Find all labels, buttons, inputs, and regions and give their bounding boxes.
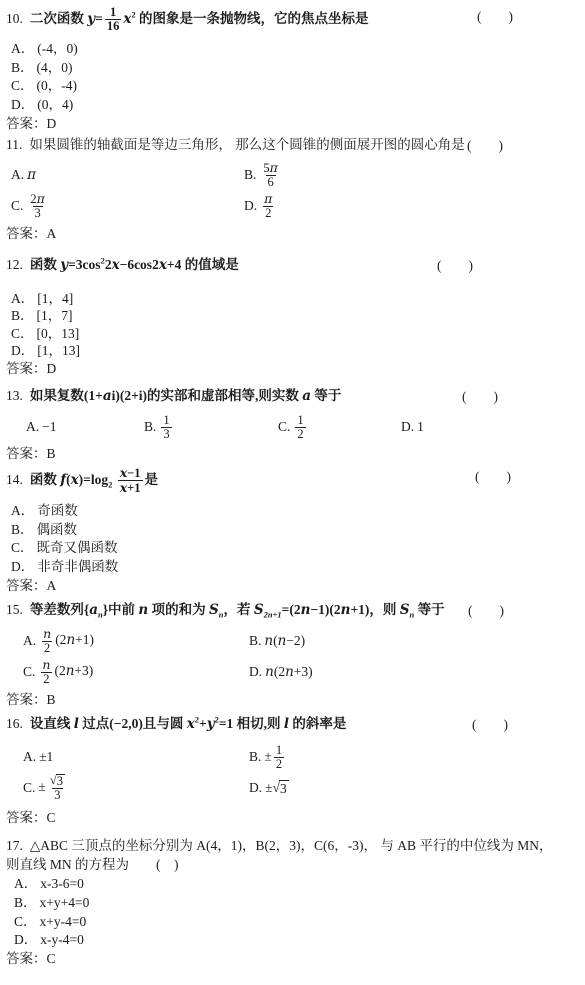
option-content: [0，13] (37, 326, 80, 341)
option-content: x+y-4=0 (40, 914, 87, 929)
question-stem-line2: 则直线 MN 的方程为 ( ) (6, 855, 579, 874)
question-header: 14.函数 f(x)=log2 x−1x+1是 ( ) (6, 466, 579, 495)
option-c: C．(0，-4) (6, 77, 579, 96)
option-content: 既奇又偶函数 (37, 540, 118, 555)
option-label: C． (11, 540, 34, 555)
option-label: B． (11, 60, 34, 75)
option-content: ±√33 (38, 774, 69, 802)
answer-bracket: ( ) (467, 136, 503, 155)
options-list: A．(-4，0) B．(4，0) C．(0，-4) D．(0，4) (6, 40, 579, 114)
option-c: C．既奇又偶函数 (6, 539, 579, 558)
option-label: C． (11, 78, 34, 93)
option-content: 1 (417, 419, 424, 435)
options-grid: A.±1 B.±12 C.±√33 D.±√3 (6, 742, 579, 804)
option-label: A. (26, 419, 39, 435)
document-page: 10.二次函数 y=116x2 的图象是一条抛物线，它的焦点坐标是 ( ) A．… (0, 0, 585, 985)
question-block-15: 15.等差数列{an}中前 n 项的和为 Sn，若 S2n+1=(2n−1)(2… (6, 600, 579, 710)
option-content: 奇函数 (37, 503, 78, 518)
question-header: 15.等差数列{an}中前 n 项的和为 Sn，若 S2n+1=(2n−1)(2… (6, 600, 579, 620)
option-b: B．[1，7] (6, 307, 579, 325)
question-number: 13. (6, 388, 23, 403)
option-d: D．x-y-4=0 (6, 931, 579, 950)
option-content: [1，13] (37, 343, 80, 358)
question-stem: 函数 f(x)=log2 x−1x+1是 (30, 472, 158, 487)
option-content: x-3-6=0 (40, 876, 84, 891)
option-content: n2(2n+1) (39, 627, 94, 655)
option-label: B． (11, 522, 34, 537)
option-content: (0，-4) (37, 78, 78, 93)
option-content: (4，0) (37, 60, 73, 75)
option-label: A. (23, 633, 36, 649)
option-d: D.π2 (244, 190, 579, 221)
option-label: B. (249, 633, 261, 649)
option-label: C. (23, 664, 35, 680)
option-b: B．偶函数 (6, 521, 579, 540)
options-list: A．x-3-6=0 B．x+y+4=0 C．x+y-4=0 D．x-y-4=0 (6, 875, 579, 949)
option-d: D．(0，4) (6, 96, 579, 115)
answer-line: 答案：A (6, 225, 579, 244)
option-a: A.π (11, 159, 244, 190)
option-b: B.±12 (249, 742, 579, 773)
option-d: D.1 (401, 412, 579, 442)
answer-line: 答案：B (6, 691, 579, 710)
answer-line: 答案：C (6, 950, 579, 969)
question-number: 12. (6, 257, 23, 272)
option-label: C. (23, 780, 35, 796)
answer-bracket: ( ) (475, 467, 511, 486)
option-label: A. (11, 167, 24, 183)
option-a: A.−1 (26, 412, 144, 442)
option-c: C.n2(2n+3) (23, 656, 249, 687)
option-content: [1，7] (37, 308, 73, 323)
question-header: 17.△ABC 三顶点的坐标分别为 A(4，1)，B(2，3)，C(6，-3)，… (6, 836, 579, 855)
answer-line: 答案：D (6, 360, 579, 379)
option-a: A.n2(2n+1) (23, 625, 249, 656)
option-label: B. (244, 167, 256, 183)
option-content: 12 (293, 414, 307, 441)
option-label: D. (244, 198, 257, 214)
option-a: A．[1，4] (6, 290, 579, 308)
question-stem: △ABC 三顶点的坐标分别为 A(4，1)，B(2，3)，C(6，-3)， 与 … (30, 838, 553, 853)
answer-line: 答案：D (6, 115, 579, 134)
option-content: n(n−2) (264, 633, 305, 649)
option-label: A. (23, 749, 36, 765)
option-b: B．x+y+4=0 (6, 894, 579, 913)
answer-bracket: ( ) (462, 387, 498, 406)
option-label: D. (401, 419, 414, 435)
question-stem: 等差数列{an}中前 n 项的和为 Sn，若 S2n+1=(2n−1)(2n+1… (30, 602, 445, 617)
option-content: ±1 (39, 749, 53, 765)
question-stem: 设直线 l 过点(−2,0)且与圆 x2+y2=1 相切,则 l 的斜率是 (30, 716, 347, 731)
question-number: 11. (6, 137, 22, 152)
question-number: 17. (6, 838, 23, 853)
answer-line: 答案：B (6, 445, 579, 464)
option-label: D. (249, 664, 262, 680)
answer-line: 答案：A (6, 577, 579, 596)
option-b: B.5π6 (244, 159, 579, 190)
question-header: 11.如果圆锥的轴截面是等边三角形， 那么这个圆锥的侧面展开图的圆心角是 ( ) (6, 135, 579, 154)
question-stem: 函数 y=3cos22x−6cos2x+4 的值域是 (30, 257, 239, 272)
question-header: 16.设直线 l 过点(−2,0)且与圆 x2+y2=1 相切,则 l 的斜率是… (6, 714, 579, 734)
question-number: 15. (6, 602, 23, 617)
options-grid: A.π B.5π6 C.2π3 D.π2 (6, 159, 579, 221)
option-label: A． (11, 503, 34, 518)
answer-line: 答案：C (6, 809, 579, 828)
option-b: B．(4，0) (6, 59, 579, 78)
question-block-16: 16.设直线 l 过点(−2,0)且与圆 x2+y2=1 相切,则 l 的斜率是… (6, 714, 579, 828)
answer-bracket: ( ) (472, 715, 508, 734)
option-label: C． (11, 326, 34, 341)
option-label: A． (11, 291, 34, 306)
option-label: A． (11, 41, 34, 56)
option-a: A．奇函数 (6, 502, 579, 521)
option-a: A．x-3-6=0 (6, 875, 579, 894)
question-header: 12.函数 y=3cos22x−6cos2x+4 的值域是 ( ) (6, 255, 579, 275)
options-list: A．奇函数 B．偶函数 C．既奇又偶函数 D．非奇非偶函数 (6, 502, 579, 576)
options-row: A.−1 B.13 C.12 D.1 (6, 412, 579, 442)
option-content: x+y+4=0 (40, 895, 90, 910)
option-label: C. (11, 198, 23, 214)
option-content: 2π3 (26, 192, 48, 220)
answer-bracket: ( ) (468, 601, 504, 620)
option-d: D．非奇非偶函数 (6, 558, 579, 577)
option-c: C．x+y-4=0 (6, 913, 579, 932)
question-block-17: 17.△ABC 三顶点的坐标分别为 A(4，1)，B(2，3)，C(6，-3)，… (6, 836, 579, 968)
question-block-14: 14.函数 f(x)=log2 x−1x+1是 ( ) A．奇函数 B．偶函数 … (6, 466, 579, 595)
answer-bracket: ( ) (477, 7, 513, 26)
option-content: 13 (159, 414, 173, 441)
option-c: C．[0，13] (6, 325, 579, 343)
question-block-10: 10.二次函数 y=116x2 的图象是一条抛物线，它的焦点坐标是 ( ) A．… (6, 6, 579, 133)
option-d: D．[1，13] (6, 342, 579, 360)
option-d: D.±√3 (249, 773, 579, 804)
option-content: x-y-4=0 (40, 932, 84, 947)
option-label: D． (11, 559, 34, 574)
question-stem: 如果复数(1+ai)(2+i)的实部和虚部相等,则实数 a 等于 (30, 388, 342, 403)
option-label: D． (11, 97, 34, 112)
option-content: ±√3 (265, 780, 289, 797)
option-content: 偶函数 (37, 522, 78, 537)
option-content: n(2n+3) (265, 664, 313, 680)
option-content: −1 (42, 419, 56, 435)
option-content: 非奇非偶函数 (37, 559, 118, 574)
option-content: π (27, 167, 36, 183)
option-label: B. (249, 749, 261, 765)
option-label: D． (14, 932, 37, 947)
option-c: C.±√33 (23, 773, 249, 804)
option-c: C.2π3 (11, 190, 244, 221)
option-a: A.±1 (23, 742, 249, 773)
option-content: 5π6 (259, 161, 281, 189)
option-label: B． (14, 895, 37, 910)
option-b: B.n(n−2) (249, 625, 579, 656)
option-label: B. (144, 419, 156, 435)
question-block-12: 12.函数 y=3cos22x−6cos2x+4 的值域是 ( ) A．[1，4… (6, 255, 579, 379)
option-content: [1，4] (37, 291, 73, 306)
question-number: 10. (6, 11, 23, 26)
question-number: 14. (6, 472, 23, 487)
answer-bracket: ( ) (437, 256, 473, 275)
option-content: ±12 (264, 744, 286, 771)
question-stem: 二次函数 y=116x2 的图象是一条抛物线，它的焦点坐标是 (30, 11, 369, 26)
option-label: D. (249, 780, 262, 796)
option-c: C.12 (278, 412, 401, 442)
question-header: 10.二次函数 y=116x2 的图象是一条抛物线，它的焦点坐标是 ( ) (6, 6, 579, 33)
option-content: (0，4) (37, 97, 73, 112)
question-block-13: 13.如果复数(1+ai)(2+i)的实部和虚部相等,则实数 a 等于 ( ) … (6, 386, 579, 464)
option-content: π2 (260, 192, 276, 220)
question-stem: 如果圆锥的轴截面是等边三角形， 那么这个圆锥的侧面展开图的圆心角是 (29, 137, 464, 152)
options-list: A．[1，4] B．[1，7] C．[0，13] D．[1，13] (6, 290, 579, 360)
question-block-11: 11.如果圆锥的轴截面是等边三角形， 那么这个圆锥的侧面展开图的圆心角是 ( )… (6, 135, 579, 244)
question-header: 13.如果复数(1+ai)(2+i)的实部和虚部相等,则实数 a 等于 ( ) (6, 386, 579, 406)
option-content: (-4，0) (37, 41, 78, 56)
option-content: n2(2n+3) (38, 658, 93, 686)
option-b: B.13 (144, 412, 278, 442)
option-a: A．(-4，0) (6, 40, 579, 59)
option-label: B． (11, 308, 34, 323)
option-label: C. (278, 419, 290, 435)
option-label: A． (14, 876, 37, 891)
option-d: D.n(2n+3) (249, 656, 579, 687)
option-label: D． (11, 343, 34, 358)
question-number: 16. (6, 716, 23, 731)
option-label: C． (14, 914, 37, 929)
options-grid: A.n2(2n+1) B.n(n−2) C.n2(2n+3) D.n(2n+3) (6, 625, 579, 687)
